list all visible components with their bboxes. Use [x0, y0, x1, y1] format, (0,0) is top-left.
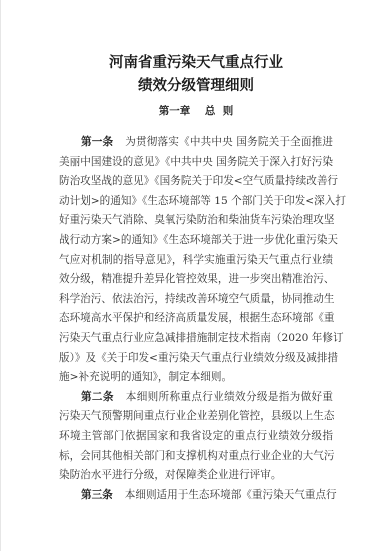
article-1-line: 美丽中国建设的意见》《中共中央 国务院关于深入打好污染 [59, 153, 333, 173]
article-3-line-1: 第三条本细则适用于生态环境部《重污染天气重点行 [59, 486, 333, 506]
article-text: 本细则所称重点行业绩效分级是指为做好重 [126, 391, 333, 403]
article-1-line: 动计划>的通知》《生态环境部等 15 个部门关于印发<深入打 [59, 192, 333, 212]
article-2-line: 标，会同其他相关部门和支撑机构对重点行业企业的大气污 [59, 447, 333, 467]
article-1-line: 污染天气重点行业应急减排措施制定技术指南（2020 年修订 [59, 329, 333, 349]
article-1-line: 科学治污、依法治污，持续改善环境空气质量，协同推动生 [59, 290, 333, 310]
article-2-line: 污染天气预警期间重点行业企业差别化管控，县级以上生态 [59, 407, 333, 427]
article-3-label: 第三条 [81, 489, 113, 501]
article-1-line: 施>补充说明的通知》，制定本细则。 [59, 368, 333, 388]
article-1-line: 效分级，精准提升差异化管控效果，进一步突出精准治污、 [59, 270, 333, 290]
article-2-line: 染防治水平进行分级，对保障类企业进行评审。 [59, 466, 333, 486]
article-1-line: 气应对机制的指导意见》，科学实施重污染天气重点行业绩 [59, 251, 333, 271]
article-1-label: 第一条 [81, 136, 113, 148]
document-page: 河南省重污染天气重点行业 绩效分级管理细则 第一章 总 则 第一条为贯彻落实《中… [0, 0, 390, 551]
article-2-label: 第二条 [81, 391, 114, 403]
article-2-line-1: 第二条本细则所称重点行业绩效分级是指为做好重 [59, 388, 333, 408]
document-title-line-2: 绩效分级管理细则 [1, 74, 390, 95]
article-1-line-1: 第一条为贯彻落实《中共中央 国务院关于全面推进 [59, 133, 333, 153]
article-1-line: 版）》及《关于印发<重污染天气重点行业绩效分级及减排措 [59, 349, 333, 369]
document-title-line-1: 河南省重污染天气重点行业 [1, 51, 390, 72]
article-1-line: 战行动方案>的通知》《生态环境部关于进一步优化重污染天 [59, 231, 333, 251]
chapter-heading: 第一章 总 则 [1, 103, 390, 118]
article-1-line: 好重污染天气消除、臭氧污染防治和柴油货车污染治理攻坚 [59, 211, 333, 231]
article-text: 为贯彻落实《中共中央 国务院关于全面推进 [125, 136, 333, 148]
article-1-line: 态环境高水平保护和经济高质量发展，根据生态环境部《重 [59, 309, 333, 329]
document-body: 第一条为贯彻落实《中共中央 国务院关于全面推进 美丽中国建设的意见》《中共中央 … [59, 133, 333, 505]
article-2-line: 环境主管部门依据国家和我省设定的重点行业绩效分级指 [59, 427, 333, 447]
article-text: 本细则适用于生态环境部《重污染天气重点行 [125, 489, 337, 501]
article-1-line: 防治攻坚战的意见》《国务院关于印发<空气质量持续改善行 [59, 172, 333, 192]
